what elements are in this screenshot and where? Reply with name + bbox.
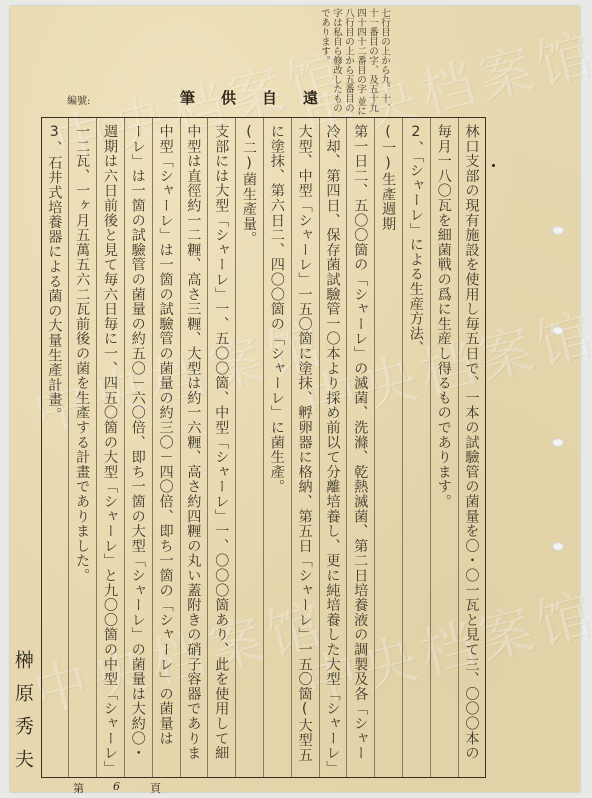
column-text: 支部には大型「シャーレ」一、五〇〇箇、中型「シャーレ」一、〇〇〇箇あり、此を使用…	[210, 124, 233, 773]
manuscript-column: 支部には大型「シャーレ」一、五〇〇箇、中型「シャーレ」一、〇〇〇箇あり、此を使用…	[207, 118, 235, 777]
column-text: 中型は直徑約一二糎、高さ三糎、大型は約一六糎、高さ約四糎の丸い蓋附きの硝子容器で…	[183, 124, 206, 773]
ink-dot	[492, 164, 495, 167]
manuscript-column: ーレ」は一箇の試驗管の菌量の約五〇－六〇倍、即ち一箇の大型「シャーレ」の菌量は大…	[124, 118, 152, 777]
manuscript-column: 一二瓦、一ヶ月五萬五六二瓦前後の菌を生產する計畫でありました。	[68, 118, 96, 777]
column-text: 2、「シャーレ」による生産方法、	[405, 124, 428, 773]
document-title: 遠自供筆	[180, 87, 344, 108]
manuscript-column: 2、「シャーレ」による生産方法、	[402, 118, 430, 777]
punch-hole	[552, 326, 564, 335]
signature: 榊原秀夫	[10, 650, 37, 782]
column-text: (二)菌生產量。	[238, 124, 261, 773]
column-text: 毎月一八〇瓦を細菌戦の爲に生産し得るものであります。	[433, 124, 456, 773]
page-suffix: 頁	[150, 780, 161, 796]
manuscript-column: 週期は六日前後と見て毎六日毎に一、四五〇箇の大型「シャーレ」と九〇〇箇の中型「シ…	[96, 118, 124, 777]
punch-hole	[552, 542, 564, 551]
column-text: 林口支部の現有施設を使用し毎五日で、一本の試驗管の菌量を〇・〇一瓦と見て三、〇〇…	[461, 124, 484, 773]
column-text: 冷却、第四日、保存菌試驗管一〇本より採め前以て分離培養し、更に純培養した大型「シ…	[322, 124, 345, 773]
manuscript-column: (二)菌生產量。	[235, 118, 263, 777]
manuscript-column: に塗抹、第六日二、四〇〇箇の「シャーレ」に菌生產。	[263, 118, 291, 777]
column-text: 中型「シャーレ」は一箇の試驗管の菌量の約三〇－四〇倍、即ち一箇の「シャーレ」の菌…	[155, 124, 178, 773]
punch-hole	[552, 226, 564, 235]
manuscript-column: 冷却、第四日、保存菌試驗管一〇本より採め前以て分離培養し、更に純培養した大型「シ…	[319, 118, 347, 777]
manuscript-column: 林口支部の現有施設を使用し毎五日で、一本の試驗管の菌量を〇・〇一瓦と見て三、〇〇…	[458, 118, 486, 777]
manuscript-grid: 林口支部の現有施設を使用し毎五日で、一本の試驗管の菌量を〇・〇一瓦と見て三、〇〇…	[41, 117, 486, 778]
column-text: ーレ」は一箇の試驗管の菌量の約五〇－六〇倍、即ち一箇の大型「シャーレ」の菌量は大…	[127, 124, 150, 773]
punch-hole	[552, 438, 564, 447]
manuscript-column: 毎月一八〇瓦を細菌戦の爲に生産し得るものであります。	[430, 118, 458, 777]
column-text: (一)生產週期	[377, 124, 400, 773]
manuscript-column: 3、石井式培養器による菌の大量生產計畫。	[41, 118, 69, 777]
column-text: 3、石井式培養器による菌の大量生產計畫。	[43, 124, 67, 773]
manuscript-column: 中型は直徑約一二糎、高さ三糎、大型は約一六糎、高さ約四糎の丸い蓋附きの硝子容器で…	[180, 118, 208, 777]
manuscript-column: 大型、中型「シャーレ」一五〇箇に塗抹、孵卵器に格納、第五日「シャーレ」一五〇箇(…	[291, 118, 319, 777]
manuscript-column: (一)生產週期	[374, 118, 402, 777]
page-prefix: 第	[73, 780, 84, 796]
column-text: 第一日二、五〇〇箇の「シャーレ」の滅菌、洗滌、乾熱滅菌、第二日培養液の調製及各「…	[349, 124, 372, 773]
manuscript-column: 第一日二、五〇〇箇の「シャーレ」の滅菌、洗滌、乾熱滅菌、第二日培養液の調製及各「…	[346, 118, 374, 777]
serial-number-label: 編號:	[67, 92, 90, 107]
column-text: 週期は六日前後と見て毎六日毎に一、四五〇箇の大型「シャーレ」と九〇〇箇の中型「シ…	[99, 124, 122, 773]
page-number: 6	[113, 780, 120, 793]
column-text: 大型、中型「シャーレ」一五〇箇に塗抹、孵卵器に格納、第五日「シャーレ」一五〇箇(…	[294, 124, 317, 773]
column-text: 一二瓦、一ヶ月五萬五六二瓦前後の菌を生產する計畫でありました。	[71, 124, 94, 773]
manuscript-column: 中型「シャーレ」は一箇の試驗管の菌量の約三〇－四〇倍、即ち一箇の「シャーレ」の菌…	[152, 118, 180, 777]
column-text: に塗抹、第六日二、四〇〇箇の「シャーレ」に菌生產。	[266, 124, 289, 773]
